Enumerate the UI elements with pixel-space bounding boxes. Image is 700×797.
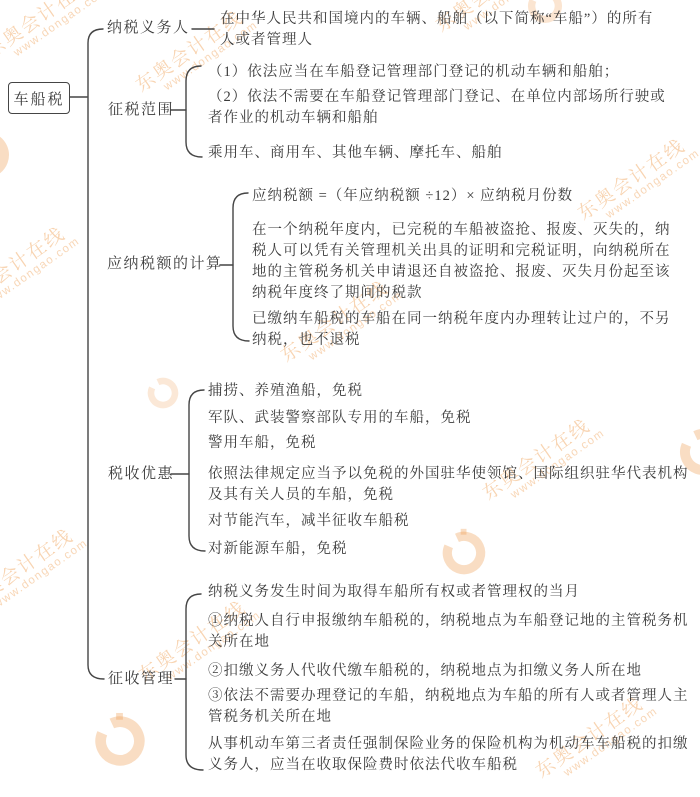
leaf-text: 应纳税额 =（年应纳税额 ÷12）× 应纳税月份数 (252, 186, 573, 207)
branch-label-administration: 征收管理 (108, 669, 174, 690)
leaf-text: 对新能源车船，免税 (208, 539, 348, 560)
leaf-text: 依照法律规定应当予以免税的外国驻华使领馆、国际组织驻华代表机构 及其有关人员的车… (208, 464, 689, 506)
branch-label-calculation: 应纳税额的计算 (107, 254, 223, 275)
leaf-text: 对节能汽车，减半征收车船税 (208, 511, 410, 532)
leaf-text: 在一个纳税年度内，已完税的车船被盗抢、报废、灭失的，纳 税人可以凭有关管理机关出… (252, 220, 671, 304)
branch3-brace (233, 193, 249, 341)
leaf-text: （1）依法应当在车船登记管理部门登记的机动车辆和船舶； (208, 62, 619, 83)
root-node: 车船税 (8, 82, 70, 114)
leaf-text: 从事机动车第三者责任强制保险业务的保险机构为机动车车船税的扣缴 义务人，应当在收… (208, 734, 689, 776)
leaf-text: ①纳税人自行申报缴纳车船税的，纳税地点为车船登记地的主管税务机 关所在地 (208, 611, 689, 653)
leaf-text: （2）依法不需要在车船登记管理部门登记、在单位内部场所行驶或 者作业的机动车辆和… (208, 87, 666, 129)
leaf-text: 已缴纳车船税的车船在同一纳税年度内办理转让过户的，不另 纳税，也不退税 (252, 309, 671, 351)
branch5-brace (186, 594, 203, 770)
root-label: 车船税 (13, 88, 64, 109)
mindmap-canvas: 东奥会计在线 www.dongao.com 东奥会计在线 www.dongao.… (0, 0, 700, 797)
main-spine (88, 29, 104, 679)
leaf-text: 乘用车、商用车、其他车辆、摩托车、船舶 (208, 143, 503, 164)
leaf-text: 捕捞、养殖渔船，免税 (208, 381, 363, 402)
leaf-text: ②扣缴义务人代收代缴车船税的，纳税地点为扣缴义务人所在地 (208, 661, 642, 682)
branch-label-scope: 征税范围 (108, 100, 174, 121)
branch-label-taxpayer: 纳税义务人 (107, 18, 190, 39)
leaf-text: 纳税义务发生时间为取得车船所有权或者管理权的当月 (208, 582, 580, 603)
leaf-text: 在中华人民共和国境内的车辆、船舶（以下简称“车船”）的所有 人或者管理人 (220, 9, 653, 51)
leaf-text: 警用车船，免税 (208, 433, 317, 454)
branch4-brace (189, 390, 205, 551)
leaf-text: 军队、武装警察部队专用的车船，免税 (208, 408, 472, 429)
branch2-brace (186, 66, 202, 157)
leaf-text: ③依法不需要办理登记的车船，纳税地点为车船的所有人或者管理人主 管税务机关所在地 (208, 686, 689, 728)
branch-label-preference: 税收优惠 (108, 464, 174, 485)
